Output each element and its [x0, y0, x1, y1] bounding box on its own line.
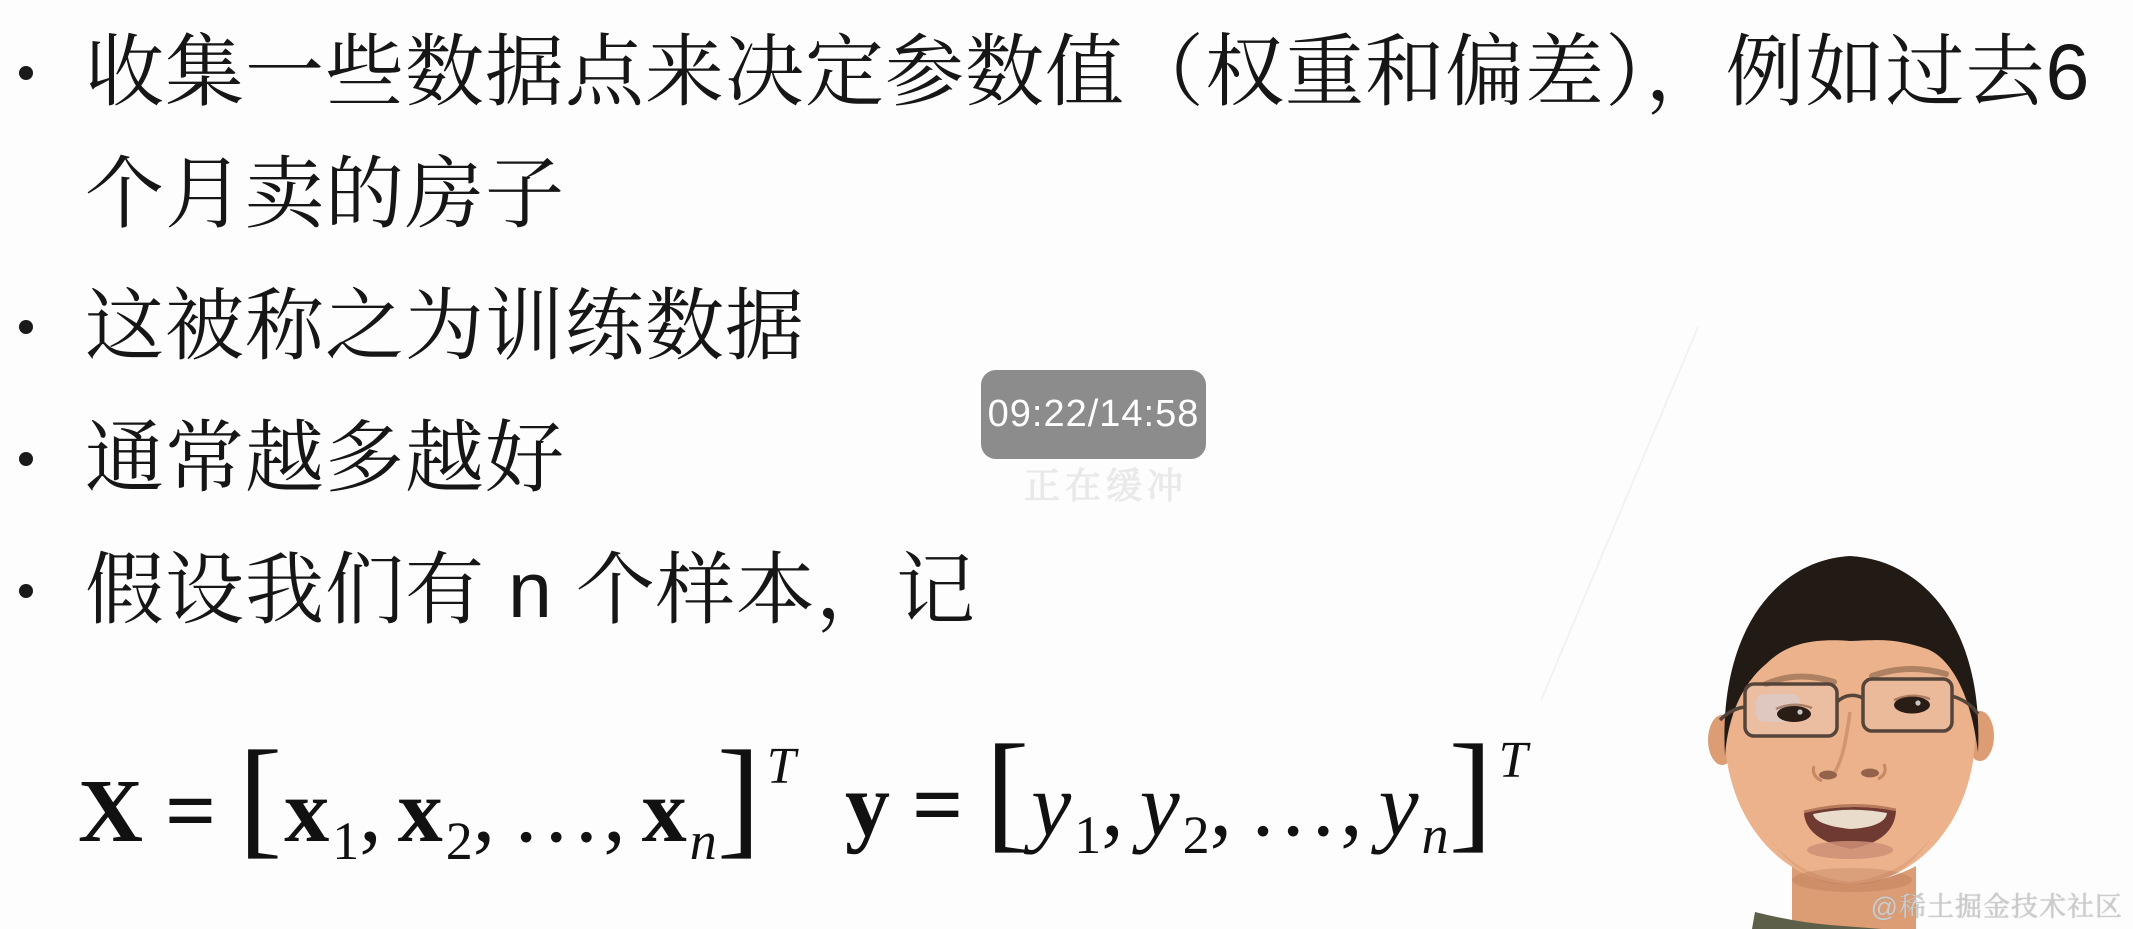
bullet-item: 这被称之为训练数据	[85, 265, 2133, 387]
video-frame: 收集一些数据点来决定参数值（权重和偏差），例如过去6 个月卖的房子 这被称之为训…	[0, 0, 2133, 929]
comma: ,	[359, 760, 382, 863]
right-nostril	[1861, 769, 1879, 778]
left-nostril	[1819, 771, 1837, 780]
equals-sign: =	[912, 754, 963, 857]
scalar-term: y1	[1031, 754, 1101, 857]
comma: ,	[1101, 754, 1124, 857]
left-eye-glint	[1797, 709, 1802, 714]
bullet-text: 收集一些数据点来决定参数值（权重和偏差），例如过去6	[85, 11, 2133, 133]
bracket-close: ]	[717, 720, 761, 873]
scalar-term: y2	[1140, 754, 1210, 857]
lower-lip	[1807, 841, 1893, 859]
left-eye	[1777, 706, 1811, 722]
time-label: 09:22/14:58	[988, 393, 1200, 436]
ellipsis-term: …	[1248, 754, 1340, 857]
bracket-open: [	[238, 720, 282, 873]
bracket-close: ]	[1449, 714, 1493, 867]
bullet-text: 这被称之为训练数据	[85, 265, 2133, 387]
transpose-superscript: T	[767, 737, 796, 796]
comma: ,	[1340, 754, 1363, 857]
scalar-term: yn	[1379, 754, 1449, 857]
formula-lhs: y	[845, 754, 890, 857]
equals-sign: =	[165, 760, 216, 863]
player-time-overlay: 09:22/14:58	[981, 370, 1206, 459]
bullet-dot-icon	[19, 320, 33, 334]
bullet-dot-icon	[19, 66, 33, 80]
bullet-dot-icon	[19, 584, 33, 598]
ellipsis-term: …	[511, 760, 603, 863]
comma: ,	[603, 760, 626, 863]
formula-design-matrix: X = [ x1 , x2 , … , xn ] T	[78, 720, 796, 873]
watermark: @稀土掘金技术社区	[1871, 885, 2123, 924]
comma: ,	[1210, 754, 1233, 857]
comma: ,	[473, 760, 496, 863]
vector-term: x2	[398, 760, 473, 863]
webcam-overlay	[1700, 544, 2133, 929]
formula-lhs: X	[78, 760, 143, 863]
lecturer-portrait	[1700, 544, 2133, 929]
bullet-item: 收集一些数据点来决定参数值（权重和偏差），例如过去6 个月卖的房子	[85, 11, 2133, 255]
bullet-text: 个月卖的房子	[85, 133, 2133, 255]
buffering-ghost-text: 正在缓冲	[1024, 458, 1188, 509]
vector-term: xn	[642, 760, 717, 863]
bullet-dot-icon	[19, 452, 33, 466]
vector-term: x1	[284, 760, 359, 863]
right-eye-glint	[1915, 700, 1920, 705]
transpose-superscript: T	[1499, 731, 1528, 790]
bracket-open: [	[985, 714, 1029, 867]
formula-label-vector: y = [ y1 , y2 , … , yn ] T	[845, 714, 1528, 867]
